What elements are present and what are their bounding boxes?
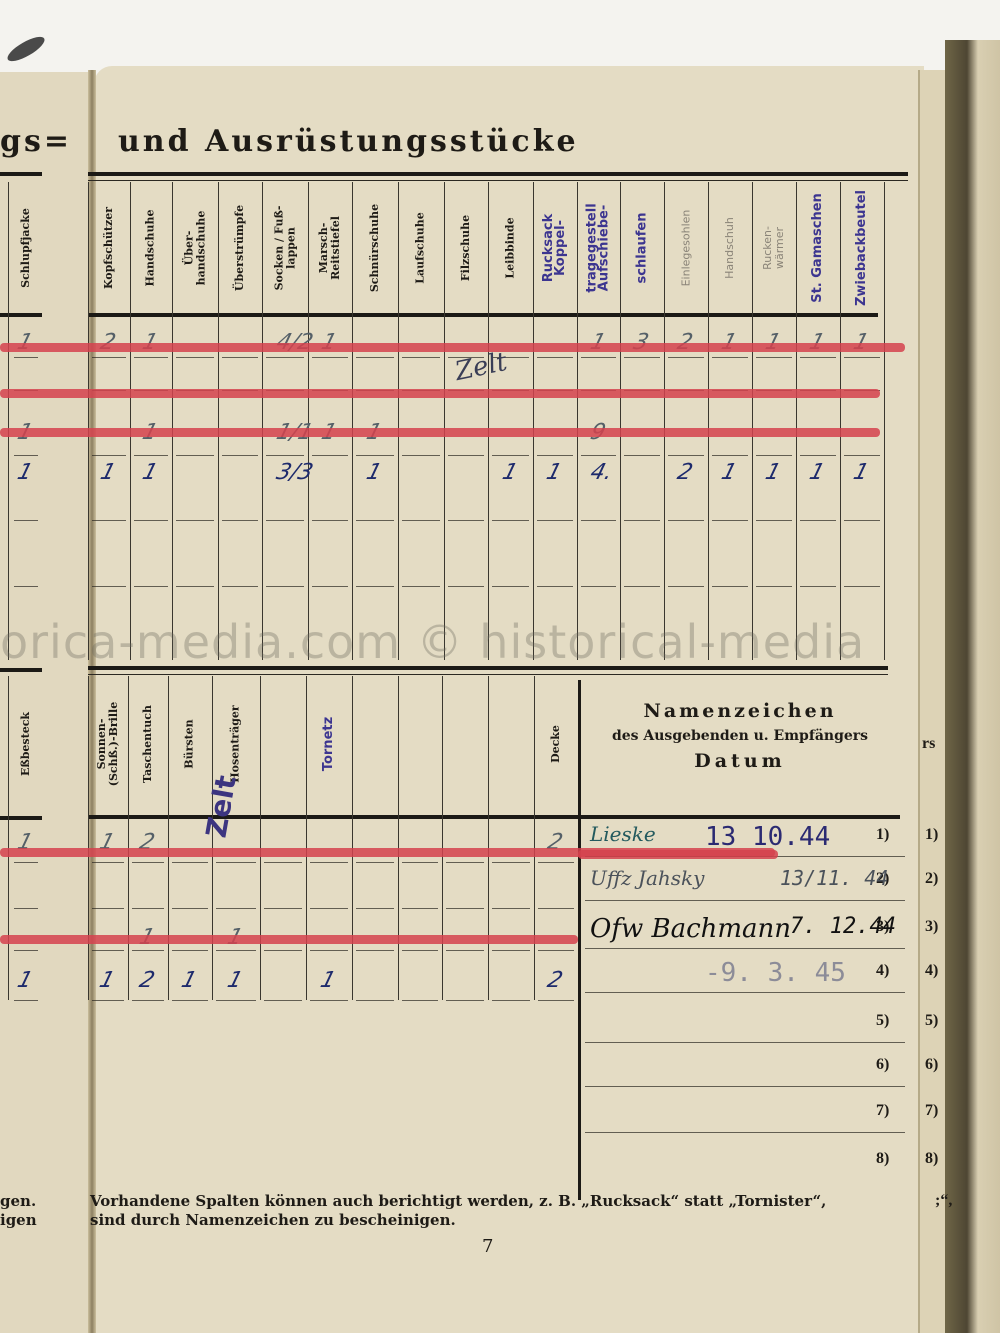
strike-line-row-2 bbox=[0, 389, 880, 398]
column-header: Zwiebackbeutel bbox=[843, 178, 881, 318]
column-header: Eßbesteck bbox=[7, 674, 45, 814]
row-rule bbox=[356, 862, 394, 863]
row-rule bbox=[712, 520, 748, 521]
side-entry-number: 2) bbox=[925, 870, 938, 888]
column-header: Handschuh bbox=[711, 178, 749, 318]
row-rule bbox=[356, 357, 394, 358]
column-header: Schlupfjacke bbox=[7, 178, 45, 318]
column-header: Taschentuch bbox=[129, 674, 167, 814]
row-rule bbox=[492, 586, 529, 587]
column-header: Decke bbox=[537, 674, 575, 814]
column-divider bbox=[533, 182, 534, 660]
column-divider bbox=[130, 182, 131, 660]
strike-line-row-3 bbox=[0, 935, 578, 944]
row-rule bbox=[492, 908, 530, 909]
row-rule bbox=[356, 1000, 394, 1001]
row-rule bbox=[266, 586, 304, 587]
column-divider bbox=[352, 676, 353, 1000]
column-divider bbox=[442, 676, 443, 1000]
row-rule bbox=[844, 455, 880, 456]
row-rule bbox=[356, 908, 394, 909]
column-header-label: Rucksack Koppel- bbox=[543, 214, 567, 282]
row-rule bbox=[448, 455, 484, 456]
row-rule bbox=[537, 586, 573, 587]
entry-rule bbox=[585, 948, 905, 949]
row-rule bbox=[264, 908, 302, 909]
column-divider bbox=[88, 182, 89, 660]
signature-header-rule bbox=[580, 815, 900, 819]
watermark: orica-media.com © historical-media bbox=[0, 615, 1000, 669]
column-header-label: Hosenträger bbox=[230, 705, 242, 782]
column-divider bbox=[577, 182, 578, 660]
row-rule bbox=[310, 1000, 348, 1001]
row-rule bbox=[492, 950, 530, 951]
row-rule bbox=[624, 357, 660, 358]
row-rule bbox=[176, 455, 214, 456]
column-header-label: Bürsten bbox=[184, 719, 196, 768]
column-header-label: Schnürschuhe bbox=[369, 204, 381, 292]
column-header: Leibbinde bbox=[492, 178, 530, 318]
row-rule bbox=[581, 357, 616, 358]
lower-table-top-rule-left bbox=[0, 668, 42, 672]
column-header-label: Eßbesteck bbox=[20, 712, 32, 776]
side-entry-number: 1) bbox=[925, 826, 938, 844]
entry-number: 6) bbox=[876, 1056, 889, 1074]
column-divider bbox=[534, 676, 535, 1000]
column-header: Bürsten bbox=[171, 674, 209, 814]
row-rule bbox=[132, 1000, 164, 1001]
row-rule bbox=[844, 586, 880, 587]
column-divider bbox=[398, 676, 399, 1000]
row-rule bbox=[264, 1000, 302, 1001]
signature: Uffz Jahsky bbox=[590, 866, 704, 890]
row-rule bbox=[92, 586, 126, 587]
row-rule bbox=[14, 520, 38, 521]
row-rule bbox=[844, 520, 880, 521]
row-rule bbox=[134, 357, 168, 358]
row-rule bbox=[668, 586, 704, 587]
column-header-label: Sonnen- (Schß.)-Brille bbox=[96, 702, 120, 786]
row-rule bbox=[92, 862, 124, 863]
row-rule bbox=[310, 908, 348, 909]
signature-panel-heading: Namenzeichen des Ausgebenden u. Empfänge… bbox=[585, 700, 895, 772]
row-rule bbox=[756, 455, 792, 456]
heading-namenzeichen: Namenzeichen bbox=[585, 700, 895, 722]
column-header-label: Decke bbox=[550, 725, 562, 763]
column-header-label: St. Gamaschen bbox=[812, 193, 824, 303]
column-header-label: Filzschuhe bbox=[460, 215, 472, 281]
strike-line-entry-1 bbox=[578, 850, 778, 859]
row-rule bbox=[402, 357, 440, 358]
entry-date: -9. 3. 45 bbox=[705, 958, 846, 988]
footer-line-1: Vorhandene Spalten können auch berichtig… bbox=[90, 1192, 940, 1211]
heading-ausgebenden: des Ausgebenden u. Empfängers bbox=[585, 728, 895, 744]
row-rule bbox=[844, 357, 880, 358]
row-rule bbox=[14, 950, 38, 951]
row-rule bbox=[134, 520, 168, 521]
row-rule bbox=[402, 908, 438, 909]
side-entry-number: 4) bbox=[925, 962, 938, 980]
row-rule bbox=[668, 455, 704, 456]
row-rule bbox=[172, 908, 208, 909]
row-rule bbox=[538, 862, 574, 863]
entry-rule bbox=[585, 992, 905, 993]
row-rule bbox=[176, 520, 214, 521]
row-rule bbox=[92, 455, 126, 456]
column-divider bbox=[444, 182, 445, 660]
row-rule bbox=[356, 520, 394, 521]
row-rule bbox=[668, 520, 704, 521]
column-header: Über- handschuhe bbox=[176, 178, 214, 318]
row-rule bbox=[538, 1000, 574, 1001]
row-rule bbox=[402, 520, 440, 521]
column-header-label: Über- handschuhe bbox=[183, 211, 207, 286]
row-rule bbox=[712, 357, 748, 358]
row-rule bbox=[312, 520, 348, 521]
row-rule bbox=[537, 520, 573, 521]
row-rule bbox=[216, 862, 256, 863]
column-divider bbox=[212, 676, 213, 1000]
side-entry-number: 6) bbox=[925, 1056, 938, 1074]
column-header: Sonnen- (Schß.)-Brille bbox=[89, 674, 127, 814]
row-rule bbox=[14, 586, 38, 587]
footer-left-line-1: gen. bbox=[0, 1192, 42, 1211]
column-divider bbox=[488, 676, 489, 1000]
row-rule bbox=[800, 455, 836, 456]
column-header bbox=[401, 674, 439, 814]
row-rule bbox=[222, 520, 258, 521]
column-header: Überstrümpfe bbox=[221, 178, 259, 318]
entry-date: 13/11. 44 bbox=[780, 866, 888, 890]
column-header: St. Gamaschen bbox=[799, 178, 837, 318]
row-rule bbox=[92, 908, 124, 909]
row-rule bbox=[312, 357, 348, 358]
page-number: 7 bbox=[482, 1236, 493, 1257]
row-rule bbox=[712, 455, 748, 456]
column-divider bbox=[172, 182, 173, 660]
row-rule bbox=[402, 455, 440, 456]
row-rule bbox=[312, 586, 348, 587]
entry-date: 13 10.44 bbox=[705, 822, 830, 852]
row-rule bbox=[356, 950, 394, 951]
row-rule bbox=[266, 455, 304, 456]
footer-left-fragment: gen. igen bbox=[0, 1192, 42, 1230]
row-rule bbox=[492, 520, 529, 521]
column-divider bbox=[708, 182, 709, 660]
column-header: Rucken- wärmer bbox=[755, 178, 793, 318]
signature: Ofw Bachmann bbox=[590, 914, 791, 944]
row-rule bbox=[132, 950, 164, 951]
side-entry-number: 7) bbox=[925, 1102, 938, 1120]
column-header-label: Taschentuch bbox=[142, 705, 154, 783]
column-header-label: Einlegesohlen bbox=[680, 210, 692, 287]
column-header-label: Rucken- wärmer bbox=[762, 226, 786, 270]
page-title: und Ausrüstungsstücke bbox=[118, 124, 579, 159]
row-rule bbox=[92, 1000, 124, 1001]
column-header-label: schlaufen bbox=[636, 213, 648, 284]
row-rule bbox=[448, 520, 484, 521]
column-header bbox=[446, 674, 484, 814]
row-rule bbox=[712, 586, 748, 587]
row-rule bbox=[581, 586, 616, 587]
column-divider bbox=[620, 182, 621, 660]
title-left-fragment: gs= bbox=[0, 124, 72, 159]
column-divider bbox=[884, 182, 885, 660]
row-rule bbox=[310, 950, 348, 951]
column-header: Schnürschuhe bbox=[356, 178, 394, 318]
column-divider bbox=[752, 182, 753, 660]
row-rule bbox=[624, 586, 660, 587]
side-entry-number: 8) bbox=[925, 1150, 938, 1168]
column-divider bbox=[398, 182, 399, 660]
entry-rule bbox=[585, 1042, 905, 1043]
column-header: Marsch- Reitstiefel bbox=[311, 178, 349, 318]
footer-right-fragment: ;“, bbox=[935, 1192, 952, 1210]
row-rule bbox=[14, 455, 38, 456]
column-header-label: Kopfschützer bbox=[103, 207, 115, 289]
column-divider bbox=[262, 182, 263, 660]
column-header-label: Zwiebackbeutel bbox=[856, 190, 868, 306]
column-divider bbox=[352, 182, 353, 660]
row-rule bbox=[538, 908, 574, 909]
column-header-label: Überstrümpfe bbox=[234, 205, 246, 291]
row-rule bbox=[446, 862, 484, 863]
row-rule bbox=[266, 520, 304, 521]
row-rule bbox=[92, 357, 126, 358]
row-rule bbox=[800, 520, 836, 521]
lower-table-header-rule bbox=[88, 815, 578, 819]
side-fragment: rs bbox=[922, 735, 935, 753]
row-rule bbox=[222, 586, 258, 587]
row-rule bbox=[264, 862, 302, 863]
side-entry-number: 5) bbox=[925, 1012, 938, 1030]
row-rule bbox=[581, 455, 616, 456]
row-rule bbox=[402, 1000, 438, 1001]
row-rule bbox=[172, 1000, 208, 1001]
row-rule bbox=[14, 1000, 38, 1001]
entry-number: 1) bbox=[876, 826, 889, 844]
row-rule bbox=[756, 357, 792, 358]
row-rule bbox=[14, 908, 38, 909]
row-rule bbox=[312, 455, 348, 456]
column-divider bbox=[664, 182, 665, 660]
column-header: tragegestell Aufschiebe- bbox=[580, 178, 618, 318]
column-header: Laufschuhe bbox=[402, 178, 440, 318]
column-divider bbox=[218, 182, 219, 660]
entry-number: 7) bbox=[876, 1102, 889, 1120]
row-rule bbox=[756, 520, 792, 521]
column-header: schlaufen bbox=[623, 178, 661, 318]
side-entry-number: 3) bbox=[925, 918, 938, 936]
column-header-label: Tornetz bbox=[323, 717, 335, 771]
footer-note: Vorhandene Spalten können auch berichtig… bbox=[90, 1192, 940, 1230]
row-rule bbox=[581, 520, 616, 521]
column-header bbox=[356, 674, 394, 814]
row-rule bbox=[172, 862, 208, 863]
row-rule bbox=[446, 950, 484, 951]
row-rule bbox=[216, 1000, 256, 1001]
signature: Lieske bbox=[590, 822, 656, 846]
entry-rule bbox=[585, 1086, 905, 1087]
row-rule bbox=[92, 520, 126, 521]
row-rule bbox=[537, 455, 573, 456]
row-rule bbox=[492, 455, 529, 456]
row-rule bbox=[134, 586, 168, 587]
row-rule bbox=[264, 950, 302, 951]
heading-datum: Datum bbox=[585, 750, 895, 772]
column-header-label: Laufschuhe bbox=[415, 212, 427, 283]
column-header: Tornetz bbox=[310, 674, 348, 814]
column-header: Rucksack Koppel- bbox=[536, 178, 574, 318]
row-rule bbox=[176, 586, 214, 587]
column-header: Filzschuhe bbox=[447, 178, 485, 318]
row-rule bbox=[134, 455, 168, 456]
row-rule bbox=[216, 950, 256, 951]
row-rule bbox=[172, 950, 208, 951]
row-rule bbox=[132, 908, 164, 909]
lower-table-header-rule-left bbox=[0, 816, 42, 820]
row-rule bbox=[356, 455, 394, 456]
row-rule bbox=[446, 1000, 484, 1001]
column-divider bbox=[488, 182, 489, 660]
column-header bbox=[264, 674, 302, 814]
row-rule bbox=[624, 520, 660, 521]
row-rule bbox=[310, 862, 348, 863]
row-rule bbox=[756, 586, 792, 587]
column-header-label: Socken / Fuß- lappen bbox=[273, 206, 297, 291]
row-rule bbox=[448, 586, 484, 587]
row-rule bbox=[402, 586, 440, 587]
row-rule bbox=[668, 357, 704, 358]
row-rule bbox=[402, 862, 438, 863]
lower-table-top-rule bbox=[88, 666, 888, 670]
row-rule bbox=[356, 586, 394, 587]
row-rule bbox=[538, 950, 574, 951]
footer-left-line-2: igen bbox=[0, 1211, 42, 1230]
column-divider bbox=[840, 182, 841, 660]
footer-line-2: sind durch Namenzeichen zu bescheinigen. bbox=[90, 1211, 940, 1230]
entry-number: 5) bbox=[876, 1012, 889, 1030]
column-header: Socken / Fuß- lappen bbox=[266, 178, 304, 318]
column-header-label: Handschuh bbox=[724, 217, 736, 279]
entry-rule bbox=[585, 900, 905, 901]
column-header: Handschuhe bbox=[132, 178, 170, 318]
upper-table-top-rule-left bbox=[0, 172, 42, 176]
upper-table-top-rule bbox=[88, 172, 908, 176]
row-rule bbox=[92, 950, 124, 951]
column-header-label: Handschuhe bbox=[145, 209, 157, 286]
entry-date: 7. 12.44 bbox=[790, 914, 896, 939]
row-rule bbox=[222, 357, 258, 358]
row-rule bbox=[222, 455, 258, 456]
column-header: Kopfschützer bbox=[90, 178, 128, 318]
row-rule bbox=[800, 586, 836, 587]
row-rule bbox=[14, 862, 38, 863]
column-header-label: Schlupfjacke bbox=[20, 208, 32, 288]
row-rule bbox=[402, 950, 438, 951]
book-cover-edge bbox=[945, 40, 1000, 1333]
row-rule bbox=[266, 357, 304, 358]
row-rule bbox=[176, 357, 214, 358]
cell-entry: 3/3 bbox=[274, 460, 316, 485]
strike-line-row-3 bbox=[0, 428, 880, 437]
entry-rule bbox=[585, 1132, 905, 1133]
entry-number: 4) bbox=[876, 962, 889, 980]
row-rule bbox=[492, 1000, 530, 1001]
column-divider bbox=[796, 182, 797, 660]
row-rule bbox=[14, 357, 38, 358]
column-header bbox=[492, 674, 530, 814]
row-rule bbox=[800, 357, 836, 358]
column-divider bbox=[260, 676, 261, 1000]
column-header: Einlegesohlen bbox=[667, 178, 705, 318]
entry-number: 8) bbox=[876, 1150, 889, 1168]
column-divider bbox=[306, 676, 307, 1000]
signature-panel-divider bbox=[578, 680, 581, 1200]
row-rule bbox=[216, 908, 256, 909]
row-rule bbox=[446, 908, 484, 909]
row-rule bbox=[624, 455, 660, 456]
column-header-label: tragegestell Aufschiebe- bbox=[587, 203, 611, 292]
row-rule bbox=[537, 357, 573, 358]
column-divider bbox=[168, 676, 169, 1000]
row-rule bbox=[132, 862, 164, 863]
column-header-label: Marsch- Reitstiefel bbox=[318, 216, 342, 280]
strike-line-row-1 bbox=[0, 343, 905, 352]
column-header-label: Leibbinde bbox=[505, 217, 517, 278]
row-rule bbox=[492, 862, 530, 863]
